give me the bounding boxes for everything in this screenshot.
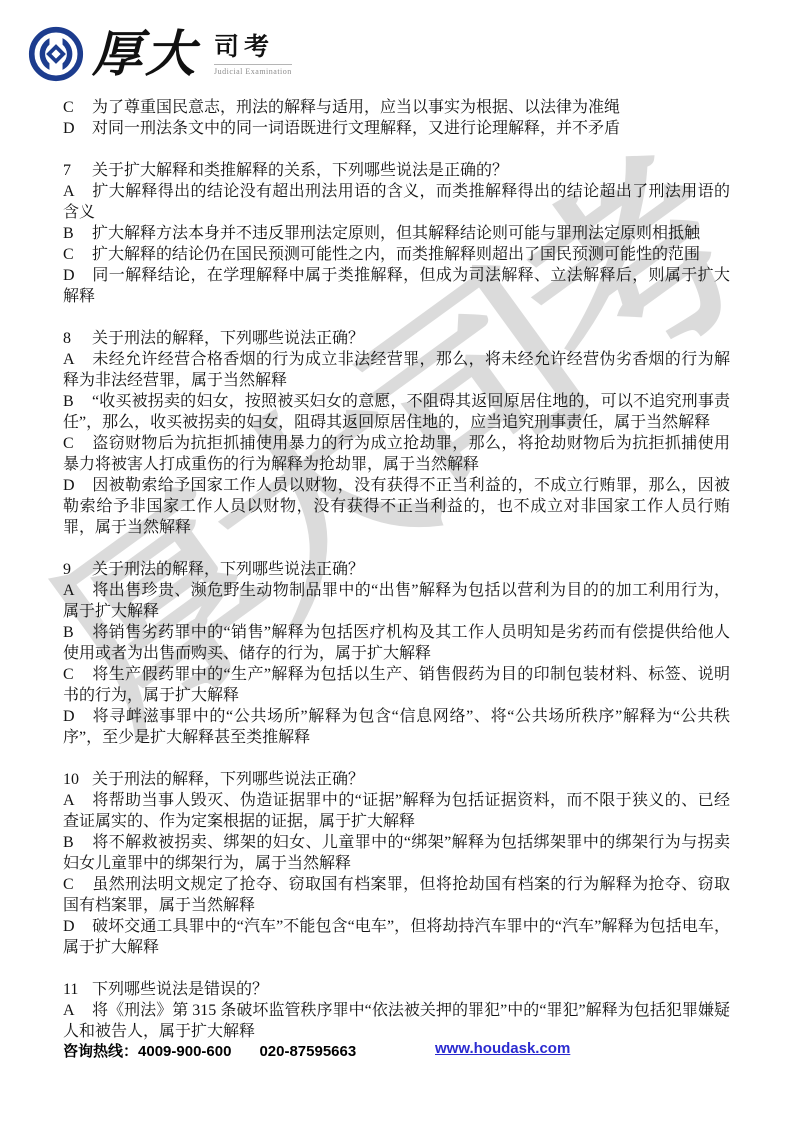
question-stem: 8关于刑法的解释，下列哪些说法正确？ [63, 328, 730, 349]
option-text: 因被勒索给予国家工作人员以财物，没有获得不正当利益的，不成立行贿罪，那么，因被勒… [63, 477, 730, 536]
option-text: 为了尊重国民意志，刑法的解释与适用，应当以事实为根据、以法律为准绳 [92, 99, 620, 116]
option-row-7a: A扩大解释得出的结论没有超出刑法用语的含义，而类推解释得出的结论超出了刑法用语的… [63, 181, 730, 223]
option-text: 盗窃财物后为抗拒抓捕使用暴力的行为成立抢劫罪，那么，将抢劫财物后为抗拒抓捕使用暴… [63, 435, 730, 473]
option-row-8b: B“收买被拐卖的妇女，按照被买妇女的意愿，不阻碍其返回原居住地的，可以不追究刑事… [63, 391, 730, 433]
option-label: A [63, 349, 92, 370]
option-text: 同一解释结论，在学理解释中属于类推解释，但成为司法解释、立法解释后，则属于扩大解… [63, 267, 730, 305]
option-row-9a: A将出售珍贵、濒危野生动物制品罪中的“出售”解释为包括以营利为目的的加工利用行为… [63, 580, 730, 622]
option-label: A [63, 790, 92, 811]
option-label: A [63, 181, 92, 202]
option-row-10a: A将帮助当事人毁灭、伪造证据罪中的“证据”解释为包括证据资料，而不限于狭义的、已… [63, 790, 730, 832]
option-row-8c: C盗窃财物后为抗拒抓捕使用暴力的行为成立抢劫罪，那么，将抢劫财物后为抗拒抓捕使用… [63, 433, 730, 475]
option-row-7b: B扩大解释方法本身并不违反罪刑法定原则，但其解释结论则可能与罪刑法定原则相抵触 [63, 223, 730, 244]
option-label: A [63, 580, 92, 601]
question-stem: 11下列哪些说法是错误的？ [63, 979, 730, 1000]
option-text: 扩大解释得出的结论没有超出刑法用语的含义，而类推解释得出的结论超出了刑法用语的含… [63, 183, 730, 221]
question-10: 10关于刑法的解释，下列哪些说法正确？ A将帮助当事人毁灭、伪造证据罪中的“证据… [63, 769, 730, 958]
stem-text: 关于刑法的解释，下列哪些说法正确？ [92, 330, 364, 347]
option-row-10b: B将不解救被拐卖、绑架的妇女、儿童罪中的“绑架”解释为包括绑架罪中的绑架行为与拐… [63, 832, 730, 874]
hotline-block: 咨询热线：4009-900-600020-87595663 [63, 1043, 356, 1060]
option-text: “收买被拐卖的妇女，按照被买妇女的意愿，不阻碍其返回原居住地的，可以不追究刑事责… [63, 393, 730, 431]
option-text: 将不解救被拐卖、绑架的妇女、儿童罪中的“绑架”解释为包括绑架罪中的绑架行为与拐卖… [63, 834, 730, 872]
option-row-9c: C将生产假药罪中的“生产”解释为包括以生产、销售假药为目的印制包装材料、标签、说… [63, 664, 730, 706]
option-text: 虽然刑法明文规定了抢夺、窃取国有档案罪，但将抢劫国有档案的行为解释为抢夺、窃取国… [63, 876, 730, 914]
document-page: 厚大司考 厚大 司考 Judicial Examination C为了尊重国民意… [0, 0, 793, 1122]
stem-text: 关于扩大解释和类推解释的关系，下列哪些说法是正确的？ [92, 162, 508, 179]
option-row-8a: A未经允许经营合格香烟的行为成立非法经营罪，那么，将未经允许经营伪劣香烟的行为解… [63, 349, 730, 391]
hotline-phone-secondary: 020-87595663 [259, 1043, 356, 1060]
option-row-10c: C虽然刑法明文规定了抢夺、窃取国有档案罪，但将抢劫国有档案的行为解释为抢夺、窃取… [63, 874, 730, 916]
question-number: 10 [63, 769, 92, 790]
option-text: 将销售劣药罪中的“销售”解释为包括医疗机构及其工作人员明知是劣药而有偿提供给他人… [63, 624, 730, 662]
option-text: 扩大解释的结论仍在国民预测可能性之内，而类推解释则超出了国民预测可能性的范围 [92, 246, 700, 263]
option-row-9b: B将销售劣药罪中的“销售”解释为包括医疗机构及其工作人员明知是劣药而有偿提供给他… [63, 622, 730, 664]
option-text: 将《刑法》第 315 条破坏监管秩序罪中“依法被关押的罪犯”中的“罪犯”解释为包… [63, 1002, 730, 1040]
option-row-10d: D破坏交通工具罪中的“汽车”不能包含“电车”，但将劫持汽车罪中的“汽车”解释为包… [63, 916, 730, 958]
brand-name-calligraphy: 厚大 [92, 26, 198, 82]
option-text: 将生产假药罪中的“生产”解释为包括以生产、销售假药为目的印制包装材料、标签、说明… [63, 666, 730, 704]
option-row-7c: C扩大解释的结论仍在国民预测可能性之内，而类推解释则超出了国民预测可能性的范围 [63, 244, 730, 265]
stem-text: 关于刑法的解释，下列哪些说法正确？ [92, 771, 364, 788]
option-text: 将出售珍贵、濒危野生动物制品罪中的“出售”解释为包括以营利为目的的加工利用行为，… [63, 582, 730, 620]
option-label: B [63, 391, 92, 412]
option-label: C [63, 97, 92, 118]
option-label: D [63, 706, 92, 727]
question-number: 11 [63, 979, 92, 1000]
option-row-8d: D因被勒索给予国家工作人员以财物，没有获得不正当利益的，不成立行贿罪，那么，因被… [63, 475, 730, 538]
option-label: B [63, 832, 92, 853]
question-number: 9 [63, 559, 92, 580]
question-stem: 7关于扩大解释和类推解释的关系，下列哪些说法是正确的？ [63, 160, 730, 181]
question-content: C为了尊重国民意志，刑法的解释与适用，应当以事实为根据、以法律为准绳 D对同一刑… [63, 97, 730, 1042]
option-label: C [63, 244, 92, 265]
option-text: 将寻衅滋事罪中的“公共场所”解释为包含“信息网络”、将“公共场所秩序”解释为“公… [63, 708, 730, 746]
stem-text: 关于刑法的解释，下列哪些说法正确？ [92, 561, 364, 578]
leading-options-block: C为了尊重国民意志，刑法的解释与适用，应当以事实为根据、以法律为准绳 D对同一刑… [63, 97, 730, 139]
question-number: 8 [63, 328, 92, 349]
question-11: 11下列哪些说法是错误的？ A将《刑法》第 315 条破坏监管秩序罪中“依法被关… [63, 979, 730, 1042]
question-number: 7 [63, 160, 92, 181]
option-text: 将帮助当事人毁灭、伪造证据罪中的“证据”解释为包括证据资料，而不限于狭义的、已经… [63, 792, 730, 830]
option-label: D [63, 265, 92, 286]
option-text: 破坏交通工具罪中的“汽车”不能包含“电车”，但将劫持汽车罪中的“汽车”解释为包括… [63, 918, 730, 956]
option-label: D [63, 475, 92, 496]
option-label: B [63, 622, 92, 643]
question-stem: 10关于刑法的解释，下列哪些说法正确？ [63, 769, 730, 790]
question-7: 7关于扩大解释和类推解释的关系，下列哪些说法是正确的？ A扩大解释得出的结论没有… [63, 160, 730, 307]
question-8: 8关于刑法的解释，下列哪些说法正确？ A未经允许经营合格香烟的行为成立非法经营罪… [63, 328, 730, 538]
option-row-7d: D同一解释结论，在学理解释中属于类推解释，但成为司法解释、立法解释后，则属于扩大… [63, 265, 730, 307]
option-text: 对同一刑法条文中的同一词语既进行文理解释，又进行论理解释，并不矛盾 [92, 120, 620, 137]
option-label: D [63, 118, 92, 139]
option-row-11a: A将《刑法》第 315 条破坏监管秩序罪中“依法被关押的罪犯”中的“罪犯”解释为… [63, 1000, 730, 1042]
question-stem: 9关于刑法的解释，下列哪些说法正确？ [63, 559, 730, 580]
stem-text: 下列哪些说法是错误的？ [92, 981, 268, 998]
option-label: C [63, 433, 92, 454]
brand-subtitle: Judicial Examination [214, 64, 292, 76]
brand-header: 厚大 司考 Judicial Examination [28, 26, 292, 82]
question-9: 9关于刑法的解释，下列哪些说法正确？ A将出售珍贵、濒危野生动物制品罪中的“出售… [63, 559, 730, 748]
option-row-6d: D对同一刑法条文中的同一词语既进行文理解释，又进行论理解释，并不矛盾 [63, 118, 730, 139]
option-label: B [63, 223, 92, 244]
option-row-9d: D将寻衅滋事罪中的“公共场所”解释为包含“信息网络”、将“公共场所秩序”解释为“… [63, 706, 730, 748]
option-text: 扩大解释方法本身并不违反罪刑法定原则，但其解释结论则可能与罪刑法定原则相抵触 [92, 225, 700, 242]
option-label: C [63, 664, 92, 685]
option-label: C [63, 874, 92, 895]
website-link[interactable]: www.houdask.com [435, 1040, 570, 1057]
brand-right-block: 司考 Judicial Examination [214, 33, 292, 76]
option-row-6c: C为了尊重国民意志，刑法的解释与适用，应当以事实为根据、以法律为准绳 [63, 97, 730, 118]
hotline-label: 咨询热线： [63, 1043, 138, 1060]
brand-subname: 司考 [214, 33, 292, 61]
hotline-phone-primary: 4009-900-600 [138, 1043, 231, 1060]
page-footer: 咨询热线：4009-900-600020-87595663 www.houdas… [63, 1040, 730, 1062]
option-label: D [63, 916, 92, 937]
option-text: 未经允许经营合格香烟的行为成立非法经营罪，那么，将未经允许经营伪劣香烟的行为解释… [63, 351, 730, 389]
houda-logo-icon [28, 26, 84, 82]
option-label: A [63, 1000, 92, 1021]
